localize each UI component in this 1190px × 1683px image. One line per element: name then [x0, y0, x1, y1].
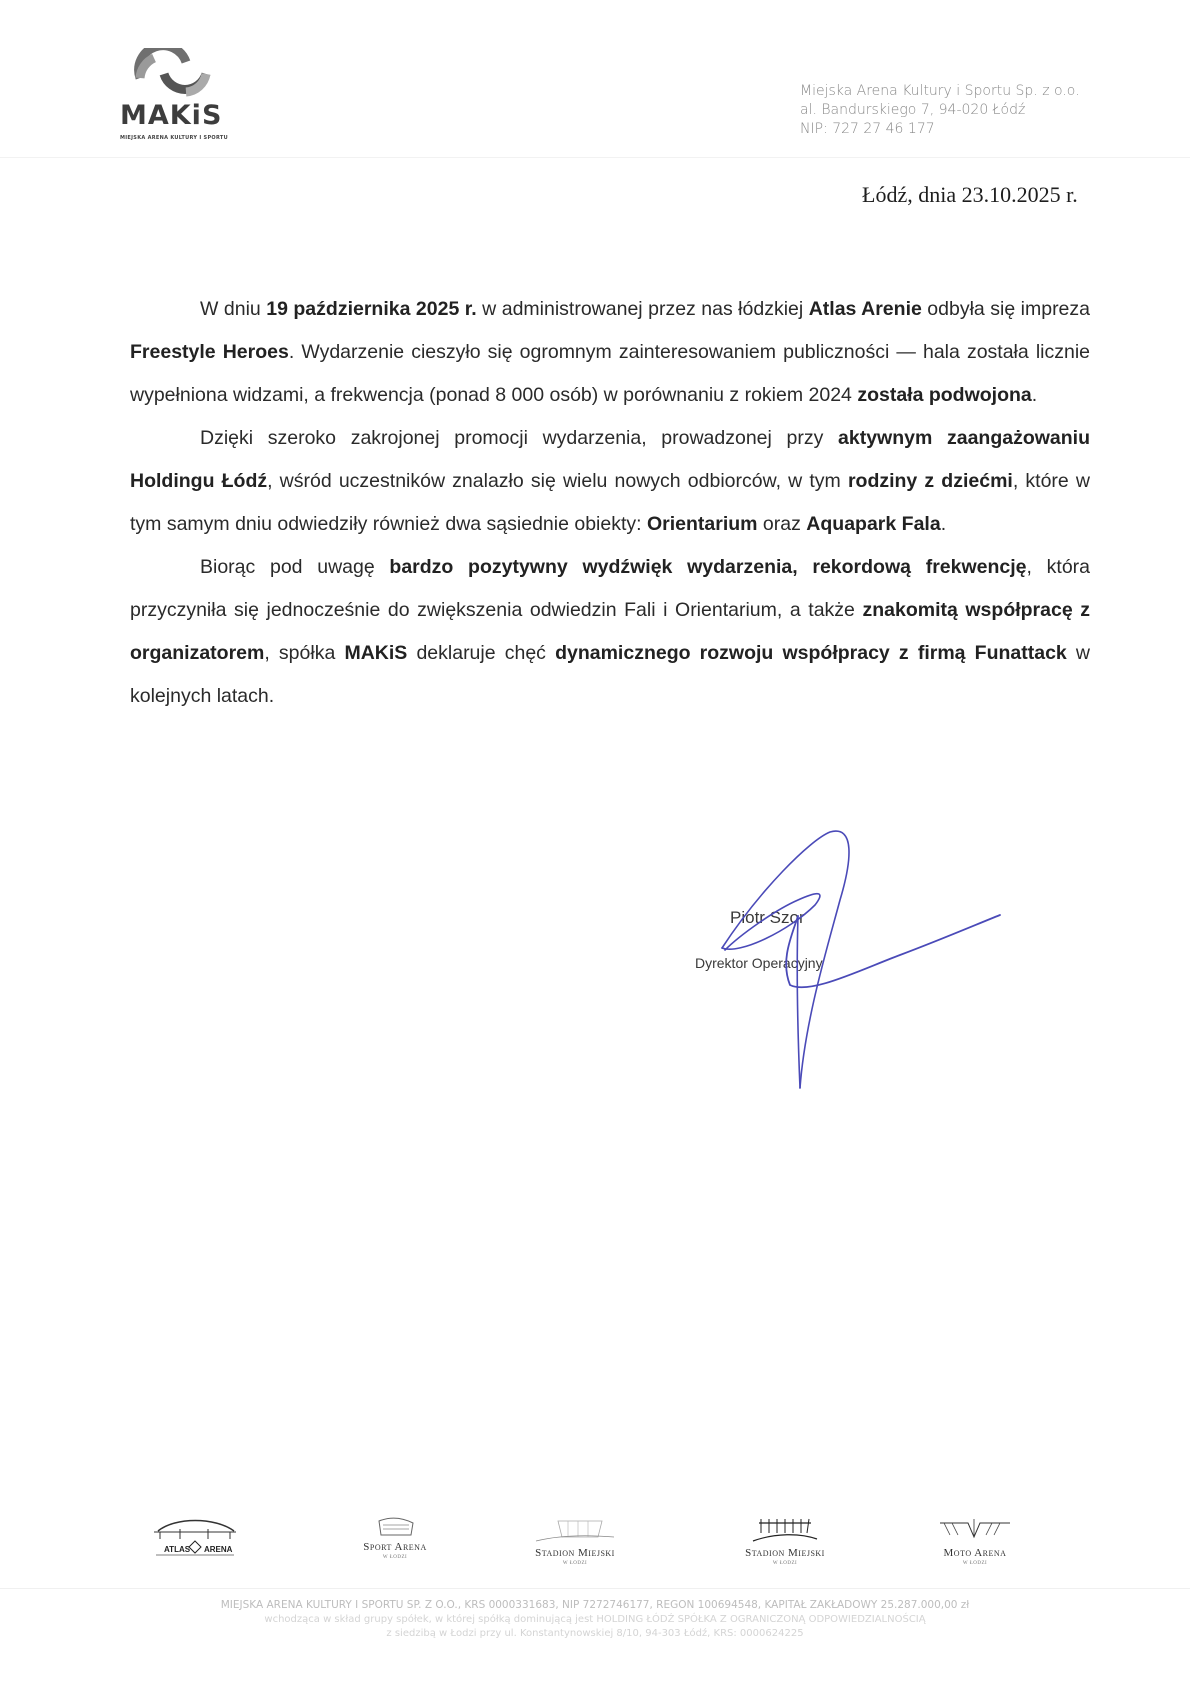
svg-text:ARENA: ARENA	[204, 1545, 233, 1554]
bold-text: MAKiS	[344, 642, 407, 664]
letter-body: W dniu 19 października 2025 r. w adminis…	[130, 288, 1090, 718]
bold-text: bardzo pozytywny wydźwięk wydarzenia, re…	[389, 556, 1026, 578]
text-run: odbyła się impreza	[922, 298, 1090, 320]
paragraph: W dniu 19 października 2025 r. w adminis…	[130, 288, 1090, 417]
paragraph: Dzięki szeroko zakrojonej promocji wydar…	[130, 417, 1090, 546]
bold-text: została podwojona	[857, 384, 1031, 406]
text-run: W dniu	[200, 298, 266, 320]
sport-arena-logo-icon	[365, 1515, 425, 1539]
bold-text: Aquapark Fala	[806, 513, 940, 535]
sender-company: Miejska Arena Kultury i Sportu Sp. z o.o…	[800, 82, 1080, 101]
bold-text: dynamicznego rozwoju współpracy z firmą …	[555, 642, 1067, 664]
venue-subtitle: W ŁODZI	[895, 1561, 1055, 1566]
sender-nip: NIP: 727 27 46 177	[800, 120, 1080, 139]
text-run: .	[941, 513, 946, 535]
venue-logo: Stadion Miejski W ŁODZI	[705, 1515, 865, 1566]
paragraph: Biorąc pod uwagę bardzo pozytywny wydźwi…	[130, 546, 1090, 718]
venue-name: Stadion Miejski	[705, 1547, 865, 1559]
svg-text:ATLAS: ATLAS	[164, 1545, 191, 1554]
text-run: w administrowanej przez nas łódzkiej	[477, 298, 809, 320]
header-divider	[0, 157, 1190, 158]
text-run: , wśród uczestników znalazło się wielu n…	[267, 470, 848, 492]
logo-wordmark: MAKiS	[120, 102, 222, 129]
stadion-miejski-2-logo-icon	[745, 1515, 825, 1545]
moto-arena-logo-icon	[930, 1515, 1020, 1545]
bold-text: Orientarium	[647, 513, 758, 535]
legal-line-3: z siedzibą w Łodzi przy ul. Konstantynow…	[90, 1627, 1100, 1641]
venue-name: Moto Arena	[895, 1547, 1055, 1559]
venue-logo: Moto Arena W ŁODZI	[895, 1515, 1055, 1566]
sender-address: Miejska Arena Kultury i Sportu Sp. z o.o…	[800, 82, 1080, 139]
venue-subtitle: W ŁODZI	[705, 1561, 865, 1566]
footer-divider	[0, 1588, 1190, 1589]
venue-subtitle: W ŁODZI	[495, 1561, 655, 1566]
letter-date: Łódź, dnia 23.10.2025 r.	[862, 182, 1078, 208]
handwritten-signature-icon	[680, 820, 1020, 1110]
legal-line-1: MIEJSKA ARENA KULTURY I SPORTU SP. Z O.O…	[90, 1598, 1100, 1613]
makis-logo: MAKiS MIEJSKA ARENA KULTURY I SPORTU	[118, 44, 238, 148]
venue-logos: ATLAS ARENA Sport Arena W ŁODZI Stadion …	[100, 1515, 1100, 1585]
bold-text: rodziny z dziećmi	[848, 470, 1013, 492]
footer-legal-info: MIEJSKA ARENA KULTURY I SPORTU SP. Z O.O…	[90, 1598, 1100, 1641]
text-run: deklaruje chęć	[407, 642, 555, 664]
makis-logo-icon	[134, 48, 214, 98]
text-run: , spółka	[264, 642, 344, 664]
venue-name: Stadion Miejski	[495, 1547, 655, 1559]
text-run: Dzięki szeroko zakrojonej promocji wydar…	[200, 427, 838, 449]
atlas-arena-logo-icon: ATLAS ARENA	[150, 1515, 240, 1557]
signature-block: Piotr Szor Dyrektor Operacyjny	[680, 820, 1020, 1110]
bold-text: Freestyle Heroes	[130, 341, 289, 363]
text-run: .	[1032, 384, 1037, 406]
stadion-miejski-logo-icon	[530, 1515, 620, 1545]
logo-subtitle: MIEJSKA ARENA KULTURY I SPORTU	[120, 135, 228, 141]
venue-logo: Sport Arena W ŁODZI	[315, 1515, 475, 1560]
venue-logo: ATLAS ARENA	[115, 1515, 275, 1557]
bold-text: Atlas Arenie	[809, 298, 922, 320]
text-run: Biorąc pod uwagę	[200, 556, 389, 578]
bold-text: 19 października 2025 r.	[266, 298, 476, 320]
venue-subtitle: W ŁODZI	[315, 1555, 475, 1560]
text-run: oraz	[758, 513, 807, 535]
venue-name: Sport Arena	[315, 1541, 475, 1553]
sender-street: al. Bandurskiego 7, 94-020 Łódź	[800, 101, 1080, 120]
legal-line-2: wchodząca w skład grupy spółek, w której…	[90, 1613, 1100, 1627]
venue-logo: Stadion Miejski W ŁODZI	[495, 1515, 655, 1566]
